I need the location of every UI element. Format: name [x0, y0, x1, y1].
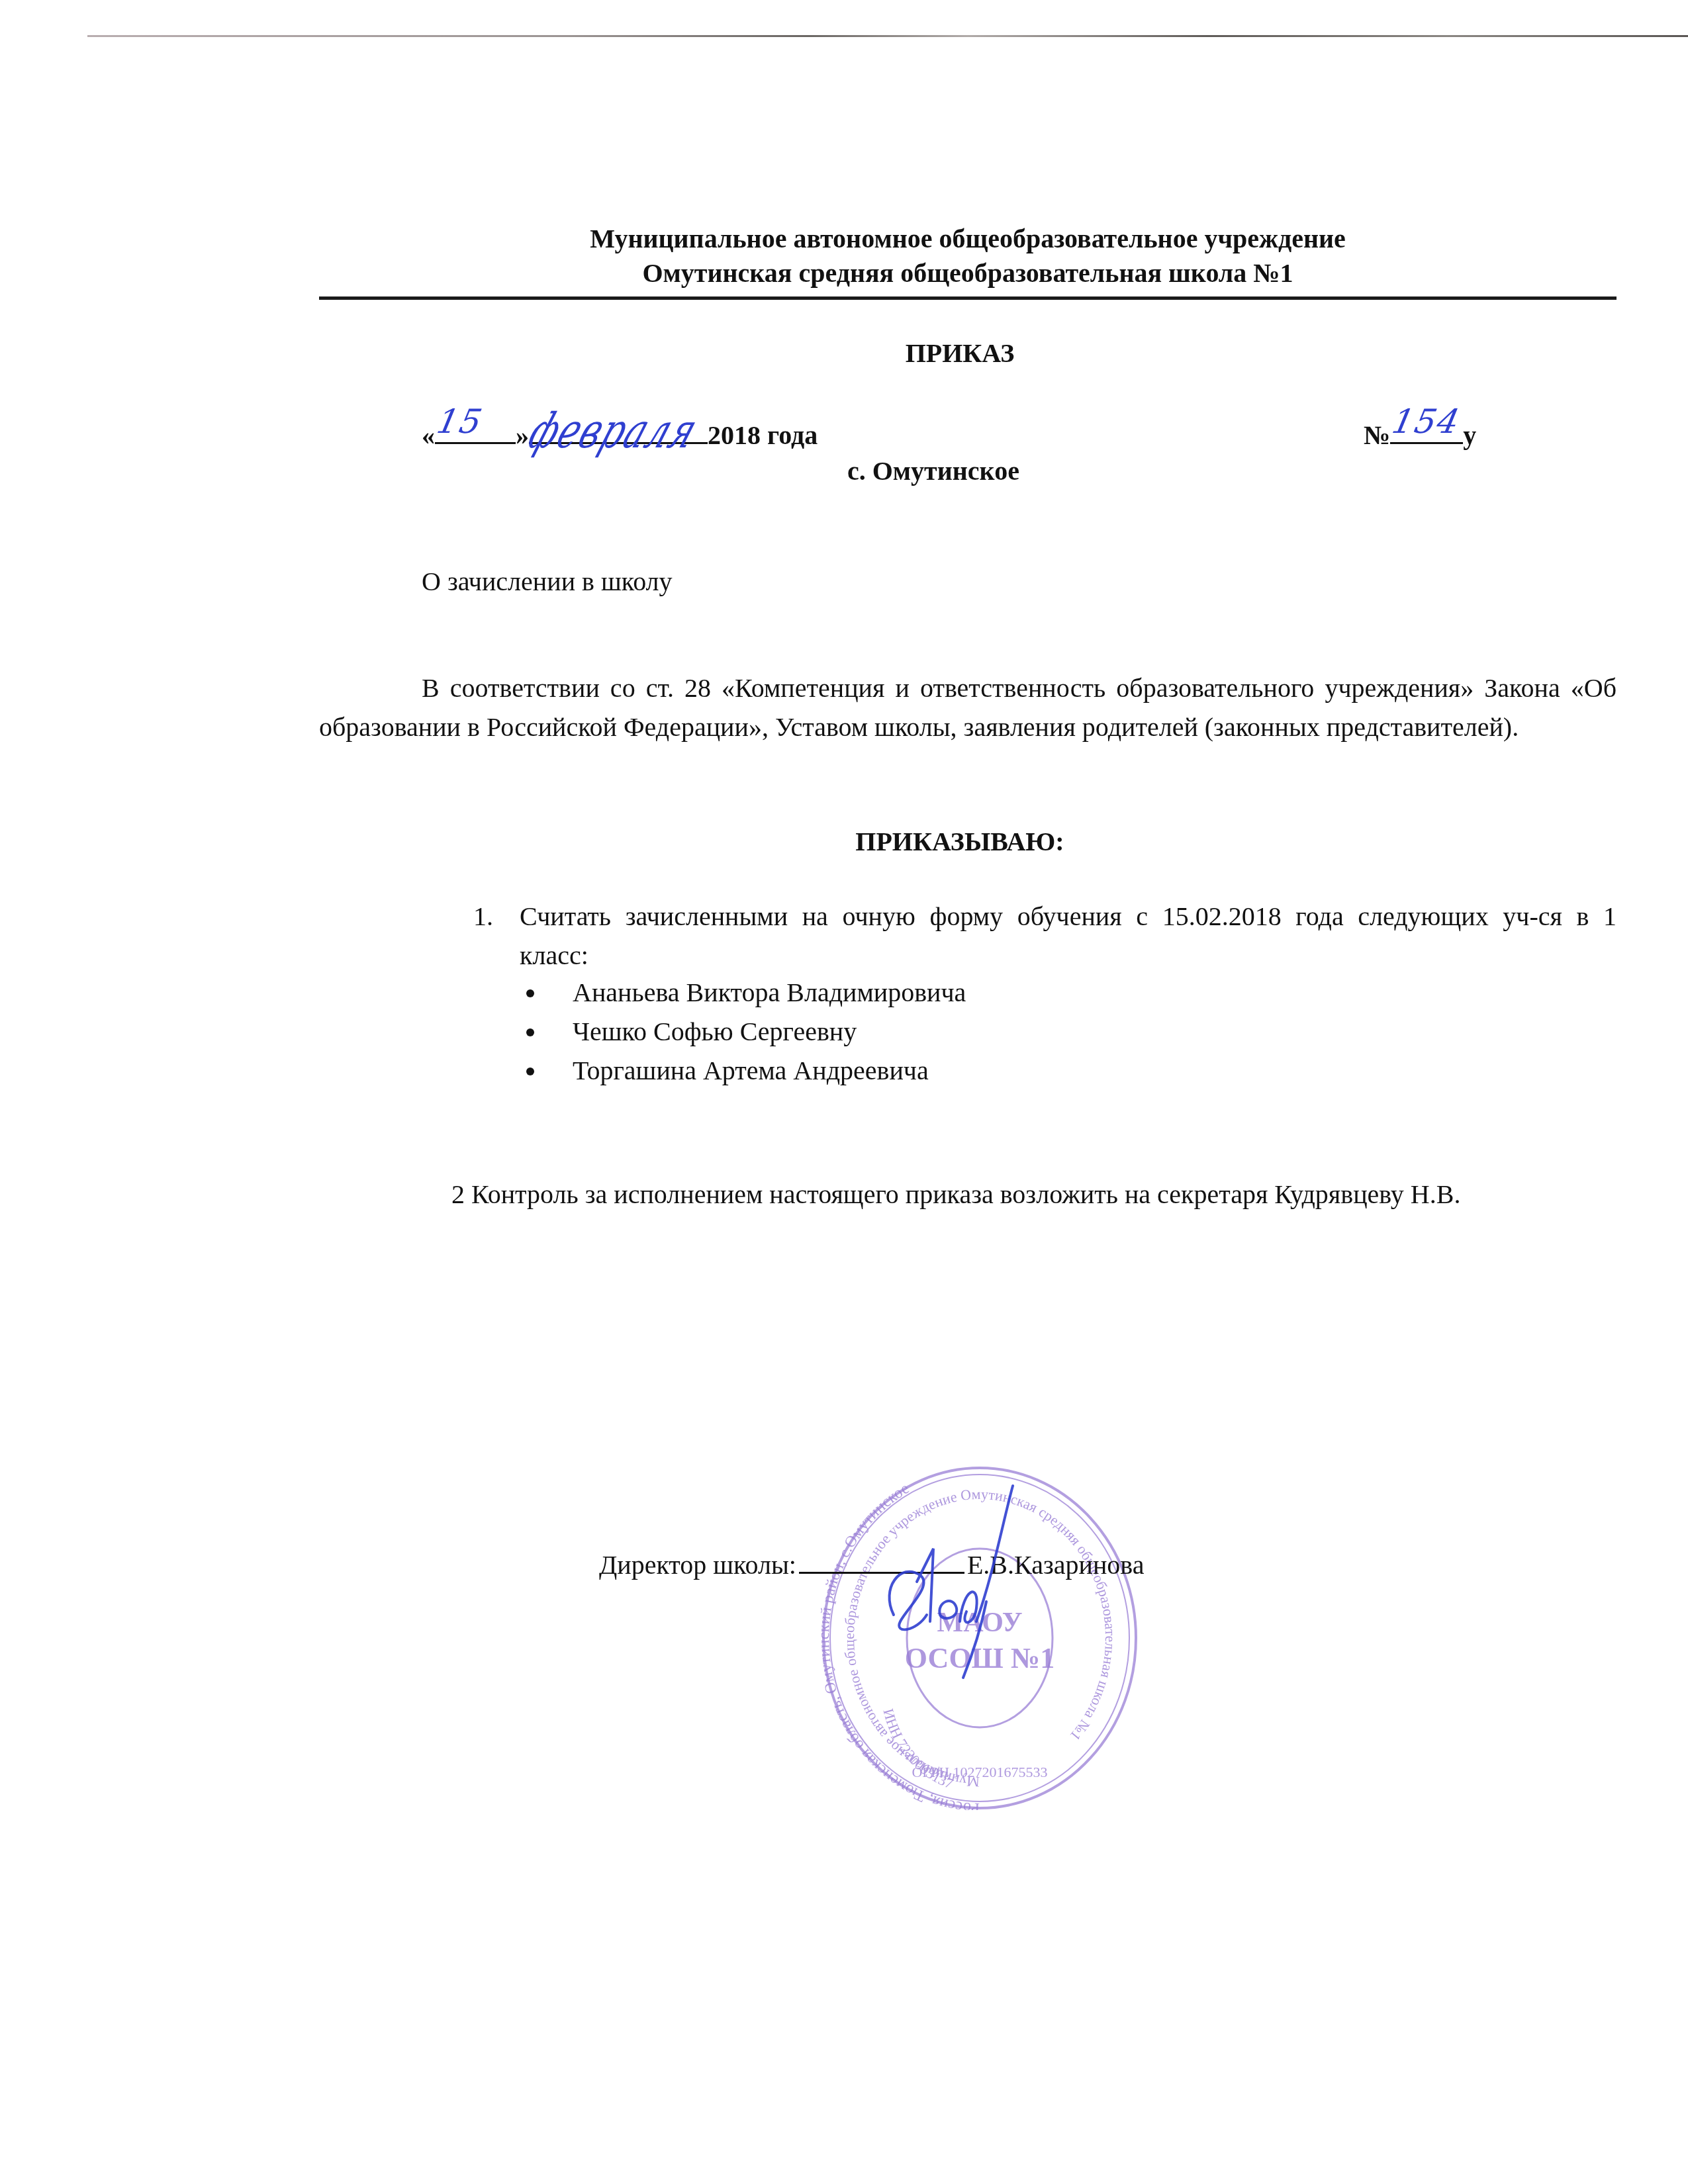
preamble-paragraph: В соответствии со ст. 28 «Компетенция и … [319, 668, 1617, 747]
date-month-field: февраля [529, 416, 708, 444]
order-date: «15»февраля2018 года [422, 416, 818, 451]
scanner-edge-line [87, 35, 1688, 37]
header-divider [319, 296, 1617, 300]
item-number: 1. [473, 897, 493, 936]
student-name: Чешко Софью Сергеевну [573, 1017, 857, 1046]
order-item-1: 1. Считать зачисленными на очную форму о… [473, 897, 1617, 975]
document-title: ПРИКАЗ [0, 338, 1688, 369]
handwritten-signature [854, 1482, 1026, 1681]
handwritten-day: 15 [434, 402, 487, 441]
list-item: Торгашина Артема Андреевича [523, 1051, 966, 1090]
bullet-icon [526, 989, 534, 997]
order-number: №154у [1364, 416, 1476, 451]
institution-name-line2: Омутинская средняя общеобразовательная ш… [319, 256, 1617, 291]
institution-header: Муниципальное автономное общеобразовател… [319, 222, 1617, 291]
date-year: 2018 года [708, 420, 818, 450]
student-name: Торгашина Артема Андреевича [573, 1056, 929, 1085]
student-list: Ананьева Виктора Владимировича Чешко Соф… [523, 973, 966, 1090]
date-day-field: 15 [435, 416, 516, 444]
student-name: Ананьева Виктора Владимировича [573, 978, 966, 1007]
list-item: Чешко Софью Сергеевну [523, 1012, 966, 1051]
order-directive-heading: ПРИКАЗЫВАЮ: [0, 826, 1688, 857]
stamp-ogrn-text: ОГРН 1027201675533 [912, 1764, 1047, 1780]
handwritten-month: февраля [522, 404, 706, 459]
handwritten-number: 154 [1389, 402, 1464, 441]
order-number-field: 154 [1390, 416, 1463, 444]
institution-name-line1: Муниципальное автономное общеобразовател… [319, 222, 1617, 256]
bullet-icon [526, 1068, 534, 1075]
number-suffix: у [1463, 420, 1476, 450]
number-sign: № [1364, 420, 1390, 450]
date-open-quote: « [422, 420, 435, 450]
order-subject: О зачислении в школу [422, 566, 673, 597]
list-item: Ананьева Виктора Владимировича [523, 973, 966, 1012]
item-text: Считать зачисленными на очную форму обуч… [520, 897, 1617, 975]
order-item-2: 2 Контроль за исполнением настоящего при… [319, 1175, 1617, 1214]
place-of-issue: с. Омутинское [847, 455, 1019, 486]
signatory-role: Директор школы: [599, 1550, 796, 1580]
bullet-icon [526, 1028, 534, 1036]
